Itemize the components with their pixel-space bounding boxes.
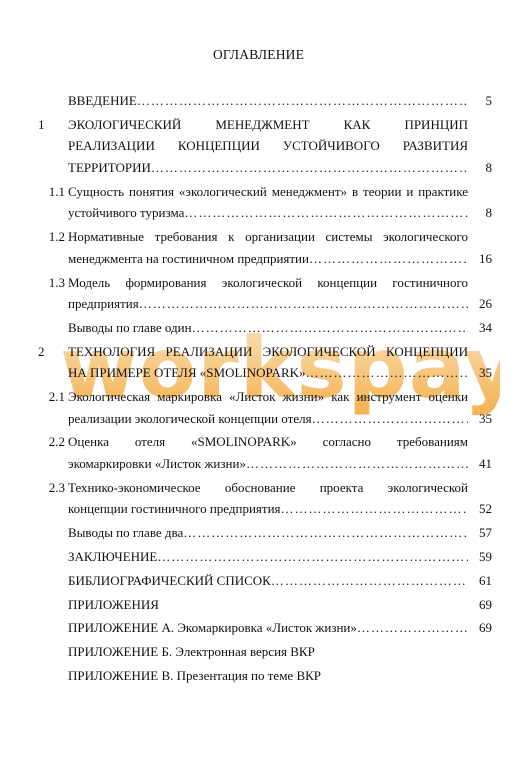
toc-entry[interactable]: 2.3Технико-экономическое обоснование про…	[0, 477, 517, 520]
toc-entry[interactable]: 1.2Нормативные требования к организации …	[0, 226, 517, 269]
toc-page-number: 61	[472, 570, 492, 592]
toc-entry-text: Модель формирования экологической концеп…	[68, 272, 468, 294]
toc-entry[interactable]: 2.1Экологическая маркировка «Листок жизн…	[0, 386, 517, 429]
toc-entry[interactable]: Выводы по главе один ……………………………………………………	[0, 317, 517, 339]
toc-entry-text: ПРИЛОЖЕНИЕ Б. Электронная версия ВКР	[68, 641, 315, 663]
toc-entry-text: ТЕХНОЛОГИЯ РЕАЛИЗАЦИИ ЭКОЛОГИЧЕСКОЙ КОНЦ…	[68, 341, 468, 363]
toc-entry[interactable]: 2ТЕХНОЛОГИЯ РЕАЛИЗАЦИИ ЭКОЛОГИЧЕСКОЙ КОН…	[0, 341, 517, 384]
toc-page-number: 69	[472, 617, 492, 639]
toc-page-number: 26	[472, 293, 492, 315]
toc-entry-text: экомаркировки «Листок жизни»	[68, 453, 246, 475]
toc-entry[interactable]: ПРИЛОЖЕНИЕ В. Презентация по теме ВКР	[0, 665, 517, 687]
toc-entry-text: предприятия	[68, 293, 139, 315]
dot-leader: ……………………………………………………………………………………………………	[281, 498, 468, 520]
toc-entry-text: ПРИЛОЖЕНИЯ	[68, 594, 159, 616]
dot-leader: ……………………………………………………………………………………………………	[151, 157, 468, 179]
table-of-contents: ВВЕДЕНИЕ………………………………………………………………………………………	[0, 90, 517, 689]
toc-page-number: 41	[472, 453, 492, 475]
toc-page-number: 16	[472, 248, 492, 270]
toc-entry-number: 2.1	[49, 386, 65, 408]
toc-entry-number: 1.3	[49, 272, 65, 294]
document-page: workspay.ru ОГЛАВЛЕНИЕ ВВЕДЕНИЕ…………………………	[0, 0, 517, 767]
dot-leader: ……………………………………………………………………………………………………	[157, 546, 468, 568]
toc-entry-number: 2.3	[49, 477, 65, 499]
toc-entry-number: 2	[38, 341, 45, 363]
toc-entry-text: Сущность понятия «экологический менеджме…	[68, 181, 468, 203]
toc-entry-text: ПРИЛОЖЕНИЕ А. Экомаркировка «Листок жизн…	[68, 617, 357, 639]
page-title: ОГЛАВЛЕНИЕ	[0, 47, 517, 63]
dot-leader: ……………………………………………………………………………………………………	[184, 202, 468, 224]
toc-entry-text: НА ПРИМЕРЕ ОТЕЛЯ «SMOLINOPARK»	[68, 362, 306, 384]
dot-leader: ……………………………………………………………………………………………………	[306, 362, 469, 384]
dot-leader: ……………………………………………………………………………………………………	[309, 248, 468, 270]
toc-entry-text: Выводы по главе два	[68, 522, 183, 544]
toc-entry-text: Экологическая маркировка «Листок жизни» …	[68, 386, 468, 408]
dot-leader: ……………………………………………………………………………………………………	[183, 522, 468, 544]
dot-leader: ……………………………………………………………………………………………………	[192, 317, 468, 339]
toc-entry[interactable]: Выводы по главе два ………………………………………………………	[0, 522, 517, 544]
toc-page-number: 35	[472, 362, 492, 384]
toc-entry-number: 1.1	[49, 181, 65, 203]
toc-entry[interactable]: 2.2Оценка отеля «SMOLINOPARK» согласно т…	[0, 431, 517, 474]
toc-page-number: 8	[472, 157, 492, 179]
toc-entry-text: концепции гостиничного предприятия	[68, 498, 281, 520]
toc-entry-number: 1.2	[49, 226, 65, 248]
toc-entry-text: БИБЛИОГРАФИЧЕСКИЙ СПИСОК	[68, 570, 271, 592]
toc-page-number: 34	[472, 317, 492, 339]
dot-leader: ……………………………………………………………………………………………………	[271, 570, 468, 592]
toc-entry-text: ПРИЛОЖЕНИЕ В. Презентация по теме ВКР	[68, 665, 321, 687]
toc-entry-text: ТЕРРИТОРИИ	[68, 157, 151, 179]
toc-entry[interactable]: 1.3Модель формирования экологической кон…	[0, 272, 517, 315]
toc-entry-text: менеджмента на гостиничном предприятии	[68, 248, 309, 270]
toc-entry-text: Технико-экономическое обоснование проект…	[68, 477, 468, 499]
toc-page-number: 57	[472, 522, 492, 544]
toc-entry-text: устойчивого туризма	[68, 202, 184, 224]
toc-entry-text: Нормативные требования к организации сис…	[68, 226, 468, 248]
dot-leader: ……………………………………………………………………………………………………	[246, 453, 468, 475]
toc-entry-text: реализации экологической концепции отеля	[68, 408, 312, 430]
dot-leader: ……………………………………………………………………………………………………	[137, 90, 468, 112]
dot-leader: ……………………………………………………………………………………………………	[312, 408, 468, 430]
toc-page-number: 35	[472, 408, 492, 430]
toc-entry[interactable]: ПРИЛОЖЕНИЯ69	[0, 594, 517, 616]
toc-page-number: 52	[472, 498, 492, 520]
toc-page-number: 59	[472, 546, 492, 568]
toc-entry-text: ЗАКЛЮЧЕНИЕ	[68, 546, 157, 568]
toc-entry-number: 2.2	[49, 431, 65, 453]
toc-entry-text: ЭКОЛОГИЧЕСКИЙ МЕНЕДЖМЕНТ КАК ПРИНЦИП	[68, 114, 468, 136]
toc-entry-text: РЕАЛИЗАЦИИ КОНЦЕПЦИИ УСТОЙЧИВОГО РАЗВИТИ…	[68, 135, 468, 157]
toc-entry[interactable]: ПРИЛОЖЕНИЕ Б. Электронная версия ВКР	[0, 641, 517, 663]
toc-entry[interactable]: 1ЭКОЛОГИЧЕСКИЙ МЕНЕДЖМЕНТ КАК ПРИНЦИПРЕА…	[0, 114, 517, 179]
toc-entry-number: 1	[38, 114, 45, 136]
toc-entry[interactable]: БИБЛИОГРАФИЧЕСКИЙ СПИСОК …………………………………………	[0, 570, 517, 592]
toc-entry[interactable]: ЗАКЛЮЧЕНИЕ ………………………………………………………………………………	[0, 546, 517, 568]
dot-leader: ……………………………………………………………………………………………………	[357, 617, 468, 639]
toc-entry-text: Выводы по главе один	[68, 317, 192, 339]
toc-entry[interactable]: 1.1Сущность понятия «экологический менед…	[0, 181, 517, 224]
toc-entry-text: ВВЕДЕНИЕ	[68, 90, 137, 112]
toc-entry-text: Оценка отеля «SMOLINOPARK» согласно треб…	[68, 431, 468, 453]
toc-entry[interactable]: ВВЕДЕНИЕ………………………………………………………………………………………	[0, 90, 517, 112]
toc-page-number: 69	[472, 594, 492, 616]
toc-page-number: 5	[472, 90, 492, 112]
dot-leader: ……………………………………………………………………………………………………	[139, 293, 468, 315]
toc-page-number: 8	[472, 202, 492, 224]
toc-entry[interactable]: ПРИЛОЖЕНИЕ А. Экомаркировка «Листок жизн…	[0, 617, 517, 639]
